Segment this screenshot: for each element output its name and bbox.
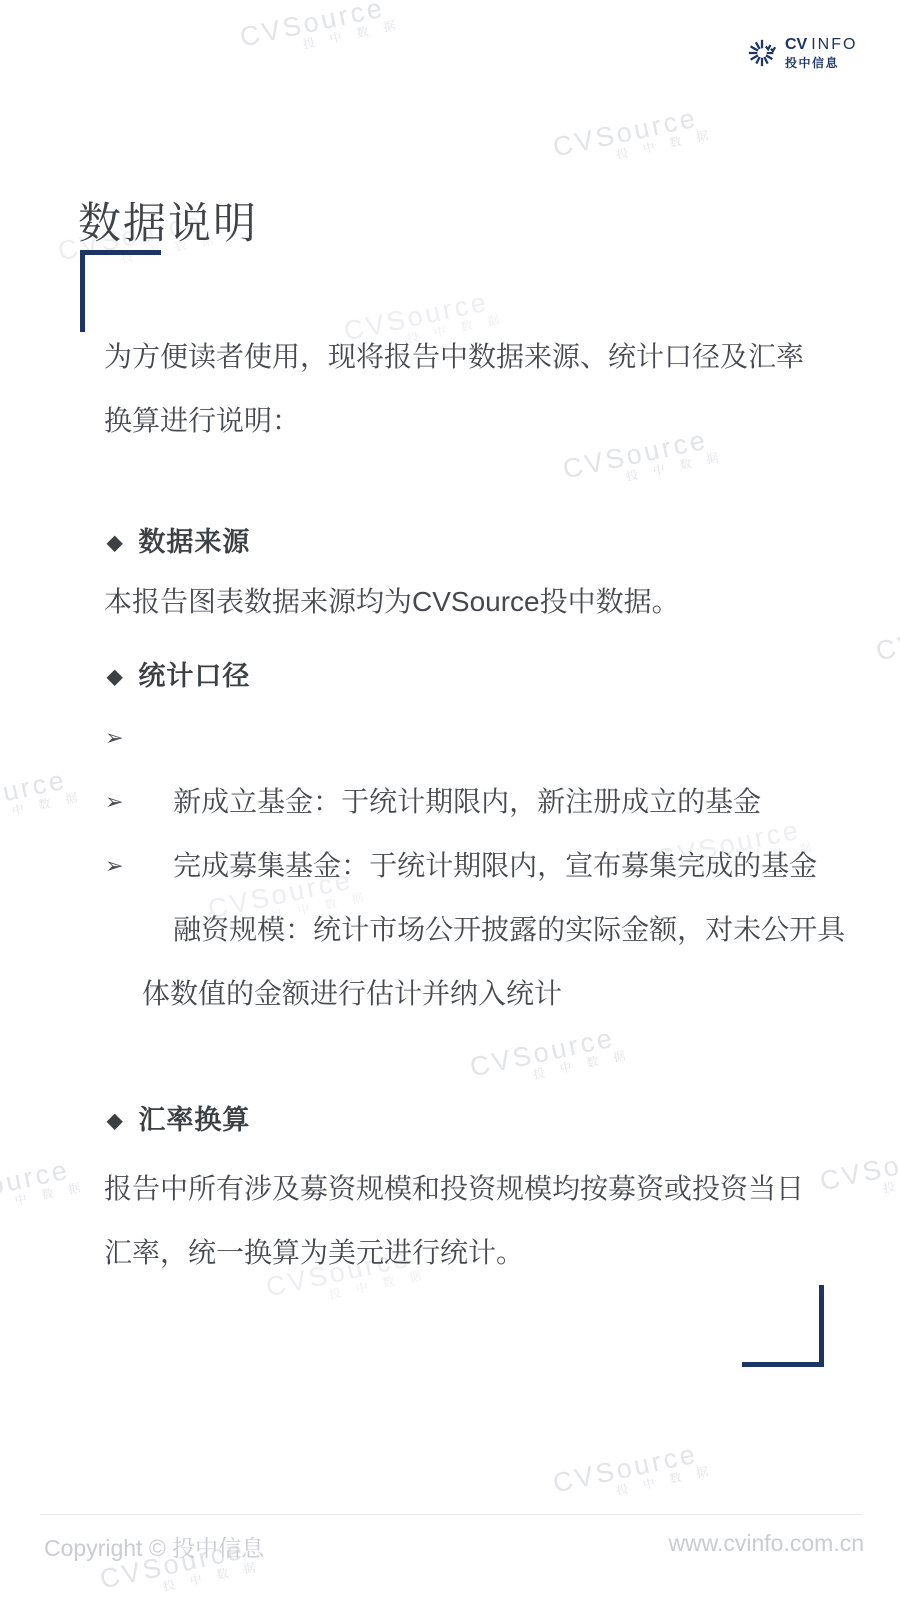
bullet-item-financing-scale: ➢融资规模：统计市场公开披露的实际金额，对未公开具 体数值的金额进行估计并纳入统… <box>105 834 852 1090</box>
website-url-link[interactable]: www.cvinfo.com.cn <box>668 1530 864 1557</box>
section-heading-exchange-rate: ◆汇率换算 <box>107 1104 250 1136</box>
bullet-text: 融资规模：统计市场公开披露的实际金额，对未公开具 体数值的金额进行估计并纳入统计 <box>142 914 845 1009</box>
page-title: 数据说明 <box>78 190 258 251</box>
corner-bracket-bottom-right <box>742 1285 824 1367</box>
section-heading-caliber: ◆统计口径 <box>107 660 250 692</box>
logo-name-cn: 投中信息 <box>785 54 857 71</box>
arrow-bullet-icon: ➢ <box>105 770 123 834</box>
section-heading-data-source: ◆数据来源 <box>107 526 250 558</box>
diamond-bullet-icon: ◆ <box>107 1110 122 1132</box>
cvinfo-logo: CVINFO 投中信息 <box>746 36 857 71</box>
watermark: CVSource投 中 数 据 <box>550 1436 715 1511</box>
diamond-bullet-icon: ◆ <box>107 532 122 554</box>
footer-divider <box>40 1514 862 1515</box>
cvinfo-logo-icon <box>746 36 778 70</box>
corner-bracket-top-left <box>80 250 161 332</box>
logo-name-en: CVINFO <box>785 36 857 53</box>
arrow-bullet-icon: ➢ <box>105 834 123 898</box>
watermark: CVSource投 中 数 据 <box>0 762 85 837</box>
data-source-body: 本报告图表数据来源均为CVSource投中数据。 <box>104 570 680 634</box>
cvinfo-logo-text: CVINFO 投中信息 <box>785 36 857 71</box>
watermark: CVSource投 中 数 据 <box>550 100 715 175</box>
intro-paragraph: 为方便读者使用，现将报告中数据来源、统计口径及汇率 换算进行说明： <box>104 325 804 453</box>
arrow-bullet-icon: ➢ <box>105 706 123 770</box>
report-page: CVSource投 中 数 据 CVSource投 中 数 据 CVSource… <box>0 0 900 1600</box>
diamond-bullet-icon: ◆ <box>107 666 122 688</box>
watermark: CVSource投 中 数 据 <box>0 1152 88 1227</box>
exchange-rate-body: 报告中所有涉及募资规模和投资规模均按募资或投资当日 汇率，统一换算为美元进行统计… <box>104 1157 804 1285</box>
watermark: CVSource投 中 数 据 <box>873 604 900 679</box>
watermark: CVSource投 中 数 据 <box>817 1134 900 1209</box>
watermark: CVSource投 中 数 据 <box>237 0 402 65</box>
copyright-text: Copyright © 投中信息 <box>44 1530 264 1563</box>
